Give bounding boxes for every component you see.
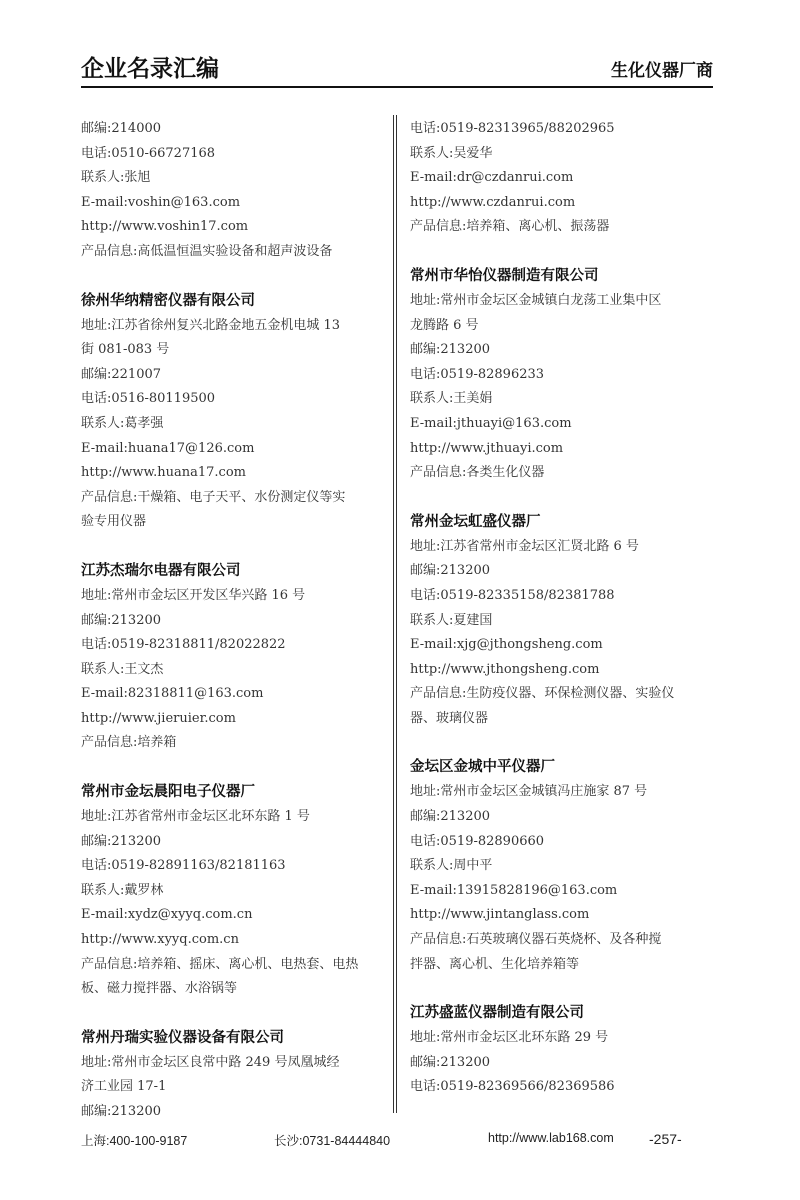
phone: 电话:0519-82890660 <box>410 830 730 855</box>
products: 产品信息:生防疫仪器、环保检测仪器、实验仪 <box>410 682 730 707</box>
company-entry: 常州丹瑞实验仪器设备有限公司 地址:常州市金坛区良常中路 249 号凤凰城经 济… <box>81 1025 401 1125</box>
website[interactable]: http://www.voshin17.com <box>81 215 401 240</box>
company-name: 常州市金坛晨阳电子仪器厂 <box>81 779 401 805</box>
postcode: 邮编:213200 <box>410 338 730 363</box>
products-cont: 板、磁力搅拌器、水浴锅等 <box>81 977 401 1002</box>
address: 地址:常州市金坛区金城镇白龙荡工业集中区 <box>410 289 730 314</box>
postcode: 邮编:213200 <box>81 830 401 855</box>
email[interactable]: E-mail:jthuayi@163.com <box>410 412 730 437</box>
left-column: 邮编:214000 电话:0510-66727168 联系人:张旭 E-mail… <box>81 117 401 1148</box>
company-entry: 金坛区金城中平仪器厂 地址:常州市金坛区金城镇冯庄施家 87 号 邮编:2132… <box>410 754 730 977</box>
website[interactable]: http://www.huana17.com <box>81 461 401 486</box>
email[interactable]: E-mail:13915828196@163.com <box>410 879 730 904</box>
right-column: 电话:0519-82313965/88202965 联系人:吴爱华 E-mail… <box>410 117 730 1123</box>
address-cont: 济工业园 17-1 <box>81 1075 401 1100</box>
address: 地址:常州市金坛区开发区华兴路 16 号 <box>81 584 401 609</box>
postcode: 邮编:213200 <box>410 1051 730 1076</box>
products: 产品信息:石英玻璃仪器石英烧杯、及各种搅 <box>410 928 730 953</box>
contact: 联系人:吴爱华 <box>410 142 730 167</box>
company-entry: 常州市华怡仪器制造有限公司 地址:常州市金坛区金城镇白龙荡工业集中区 龙腾路 6… <box>410 263 730 486</box>
contact: 联系人:戴罗林 <box>81 879 401 904</box>
page-footer: 上海:400-100-9187 长沙:0731-84444840 http://… <box>81 1131 721 1151</box>
email[interactable]: E-mail:82318811@163.com <box>81 682 401 707</box>
postcode: 邮编:214000 <box>81 117 401 142</box>
address: 地址:常州市金坛区金城镇冯庄施家 87 号 <box>410 780 730 805</box>
continued-entry: 邮编:214000 电话:0510-66727168 联系人:张旭 E-mail… <box>81 117 401 265</box>
page-number: -257- <box>649 1131 682 1147</box>
company-name: 常州丹瑞实验仪器设备有限公司 <box>81 1025 401 1051</box>
website[interactable]: http://www.jthongsheng.com <box>410 658 730 683</box>
contact: 联系人:王文杰 <box>81 658 401 683</box>
email[interactable]: E-mail:huana17@126.com <box>81 437 401 462</box>
address-cont: 龙腾路 6 号 <box>410 314 730 339</box>
email[interactable]: E-mail:voshin@163.com <box>81 191 401 216</box>
email[interactable]: E-mail:xydz@xyyq.com.cn <box>81 903 401 928</box>
changsha-hotline: 长沙:0731-84444840 <box>274 1131 390 1149</box>
address: 地址:常州市金坛区北环东路 29 号 <box>410 1026 730 1051</box>
email[interactable]: E-mail:dr@czdanrui.com <box>410 166 730 191</box>
website[interactable]: http://www.czdanrui.com <box>410 191 730 216</box>
postcode: 邮编:213200 <box>410 805 730 830</box>
postcode: 邮编:213200 <box>81 1100 401 1125</box>
products: 产品信息:培养箱 <box>81 731 401 756</box>
phone: 电话:0519-82891163/82181163 <box>81 854 401 879</box>
contact: 联系人:夏建国 <box>410 609 730 634</box>
website[interactable]: http://www.xyyq.com.cn <box>81 928 401 953</box>
contact: 联系人:张旭 <box>81 166 401 191</box>
company-name: 常州金坛虹盛仪器厂 <box>410 509 730 535</box>
products: 产品信息:培养箱、摇床、离心机、电热套、电热 <box>81 953 401 978</box>
company-name: 金坛区金城中平仪器厂 <box>410 754 730 780</box>
products-cont: 拌器、离心机、生化培养箱等 <box>410 953 730 978</box>
address: 地址:江苏省徐州复兴北路金地五金机电城 13 <box>81 314 401 339</box>
phone: 电话:0519-82369566/82369586 <box>410 1075 730 1100</box>
company-entry: 常州金坛虹盛仪器厂 地址:江苏省常州市金坛区汇贤北路 6 号 邮编:213200… <box>410 509 730 732</box>
postcode: 邮编:213200 <box>410 559 730 584</box>
address-cont: 街 081-083 号 <box>81 338 401 363</box>
products: 产品信息:干燥箱、电子天平、水份测定仪等实 <box>81 486 401 511</box>
postcode: 邮编:213200 <box>81 609 401 634</box>
products: 产品信息:高低温恒温实验设备和超声波设备 <box>81 240 401 265</box>
company-name: 徐州华纳精密仪器有限公司 <box>81 288 401 314</box>
company-name: 江苏杰瑞尔电器有限公司 <box>81 558 401 584</box>
phone: 电话:0519-82896233 <box>410 363 730 388</box>
book-title: 企业名录汇编 <box>81 50 219 83</box>
shanghai-hotline: 上海:400-100-9187 <box>81 1131 187 1149</box>
website[interactable]: http://www.jieruier.com <box>81 707 401 732</box>
company-name: 常州市华怡仪器制造有限公司 <box>410 263 730 289</box>
products-cont: 器、玻璃仪器 <box>410 707 730 732</box>
contact: 联系人:王美娟 <box>410 387 730 412</box>
address: 地址:常州市金坛区良常中路 249 号凤凰城经 <box>81 1051 401 1076</box>
page-header: 企业名录汇编 生化仪器厂商 <box>81 48 713 88</box>
products: 产品信息:各类生化仪器 <box>410 461 730 486</box>
address: 地址:江苏省常州市金坛区汇贤北路 6 号 <box>410 535 730 560</box>
contact: 联系人:周中平 <box>410 854 730 879</box>
postcode: 邮编:221007 <box>81 363 401 388</box>
phone: 电话:0510-66727168 <box>81 142 401 167</box>
company-entry: 常州市金坛晨阳电子仪器厂 地址:江苏省常州市金坛区北环东路 1 号 邮编:213… <box>81 779 401 1002</box>
company-entry: 徐州华纳精密仪器有限公司 地址:江苏省徐州复兴北路金地五金机电城 13 街 08… <box>81 288 401 535</box>
products-cont: 验专用仪器 <box>81 510 401 535</box>
company-name: 江苏盛蓝仪器制造有限公司 <box>410 1000 730 1026</box>
section-title: 生化仪器厂商 <box>611 56 713 81</box>
phone: 电话:0516-80119500 <box>81 387 401 412</box>
footer-website-link[interactable]: http://www.lab168.com <box>488 1131 614 1145</box>
contact: 联系人:葛孝强 <box>81 412 401 437</box>
company-entry: 江苏杰瑞尔电器有限公司 地址:常州市金坛区开发区华兴路 16 号 邮编:2132… <box>81 558 401 756</box>
company-entry: 江苏盛蓝仪器制造有限公司 地址:常州市金坛区北环东路 29 号 邮编:21320… <box>410 1000 730 1100</box>
phone: 电话:0519-82318811/82022822 <box>81 633 401 658</box>
phone: 电话:0519-82313965/88202965 <box>410 117 730 142</box>
phone: 电话:0519-82335158/82381788 <box>410 584 730 609</box>
email[interactable]: E-mail:xjg@jthongsheng.com <box>410 633 730 658</box>
website[interactable]: http://www.jintanglass.com <box>410 903 730 928</box>
address: 地址:江苏省常州市金坛区北环东路 1 号 <box>81 805 401 830</box>
continued-entry: 电话:0519-82313965/88202965 联系人:吴爱华 E-mail… <box>410 117 730 240</box>
website[interactable]: http://www.jthuayi.com <box>410 437 730 462</box>
products: 产品信息:培养箱、离心机、振荡器 <box>410 215 730 240</box>
